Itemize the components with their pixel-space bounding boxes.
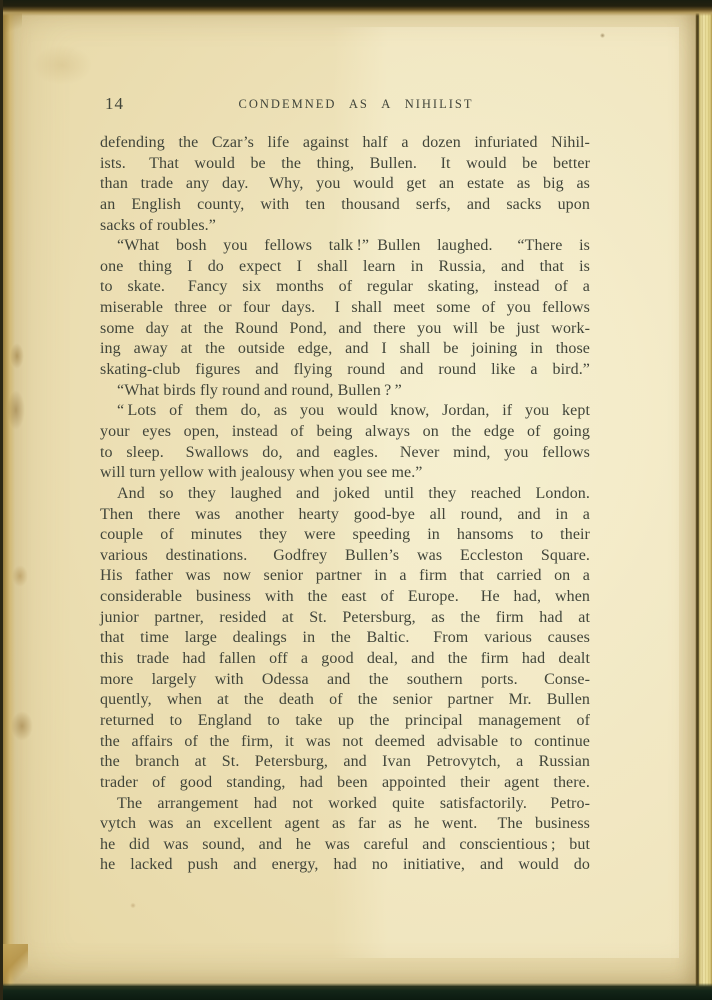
text-line: this trade had fallen off a good deal, a… <box>100 649 590 670</box>
body-text: defending the Czar’s life against half a… <box>100 133 590 876</box>
text-line: defending the Czar’s life against half a… <box>100 133 590 154</box>
text-line: miserable three or four days. I shall me… <box>100 298 590 319</box>
cover-edge-bottom <box>0 983 712 1000</box>
page-header: 14 CONDEMNED AS A NIHILIST <box>100 94 590 116</box>
page-number: 14 <box>105 94 124 114</box>
paragraph: defending the Czar’s life against half a… <box>100 133 590 236</box>
text-line: “What birds fly round and round, Bullen … <box>100 381 590 402</box>
paragraph: “ Lots of them do, as you would know, Jo… <box>100 401 590 484</box>
text-line: one thing I do expect I shall learn in R… <box>100 257 590 278</box>
stain-speck <box>600 33 605 38</box>
text-line: various destinations. Godfrey Bullen’s w… <box>100 546 590 567</box>
paragraph: The arrangement had not worked quite sat… <box>100 794 590 877</box>
text-line: some day at the Round Pond, and there yo… <box>100 319 590 340</box>
running-title: CONDEMNED AS A NIHILIST <box>100 94 590 112</box>
text-line: couple of minutes they were speeding in … <box>100 525 590 546</box>
text-line: junior partner, resided at St. Petersbur… <box>100 608 590 629</box>
text-line: quently, when at the death of the senior… <box>100 690 590 711</box>
text-line: an English county, with ten thousand ser… <box>100 195 590 216</box>
page-gutter-edge <box>2 5 15 986</box>
stain-smudge <box>32 45 92 85</box>
text-line: more largely with Odessa and the souther… <box>100 670 590 691</box>
text-line: he lacked push and energy, had no initia… <box>100 855 590 876</box>
page-crease-line <box>695 0 699 1000</box>
paragraph: And so they laughed and joked until they… <box>100 484 590 794</box>
cover-edge-top <box>0 0 712 16</box>
text-line: than trade any day. Why, you would get a… <box>100 174 590 195</box>
book-scan: 14 CONDEMNED AS A NIHILIST defending the… <box>0 0 712 1000</box>
text-line: considerable business with the east of E… <box>100 587 590 608</box>
paragraph: “What birds fly round and round, Bullen … <box>100 381 590 402</box>
text-line: And so they laughed and joked until they… <box>100 484 590 505</box>
text-line: that time large dealings in the Baltic. … <box>100 628 590 649</box>
text-line: Then there was another hearty good-bye a… <box>100 505 590 526</box>
text-line: to sleep. Swallows do, and eagles. Never… <box>100 443 590 464</box>
book-page: 14 CONDEMNED AS A NIHILIST defending the… <box>2 5 697 986</box>
text-line: will turn yellow with jealousy when you … <box>100 463 590 484</box>
text-line: “What bosh you fellows talk !” Bullen la… <box>100 236 590 257</box>
text-line: the branch at St. Petersburg, and Ivan P… <box>100 752 590 773</box>
text-line: trader of good standing, had been appoin… <box>100 773 590 794</box>
text-line: The arrangement had not worked quite sat… <box>100 794 590 815</box>
text-line: “ Lots of them do, as you would know, Jo… <box>100 401 590 422</box>
text-line: the affairs of the firm, it was not deem… <box>100 732 590 753</box>
text-line: he did was sound, and he was careful and… <box>100 835 590 856</box>
text-line: skating-club figures and flying round an… <box>100 360 590 381</box>
text-line: your eyes open, instead of being always … <box>100 422 590 443</box>
text-line: ists. That would be the thing, Bullen. I… <box>100 154 590 175</box>
text-line: vytch was an excellent agent as far as h… <box>100 814 590 835</box>
stain-speck <box>130 903 136 908</box>
paragraph: “What bosh you fellows talk !” Bullen la… <box>100 236 590 380</box>
text-line: to skate. Fancy six months of regular sk… <box>100 277 590 298</box>
text-line: sacks of roubles.” <box>100 216 590 237</box>
cover-edge-left <box>0 0 3 1000</box>
page-corner-bottom-left <box>2 944 28 986</box>
text-line: His father was now senior partner in a f… <box>100 566 590 587</box>
text-line: returned to England to take up the princ… <box>100 711 590 732</box>
text-line: ing away at the outside edge, and I shal… <box>100 339 590 360</box>
